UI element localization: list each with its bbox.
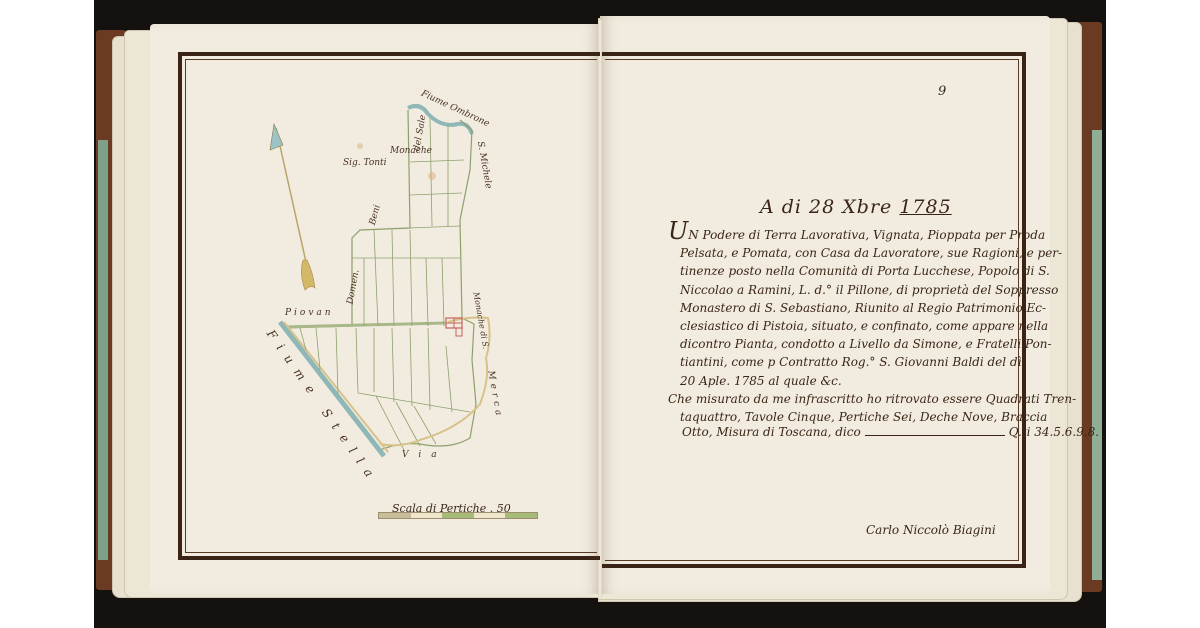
surveyor-signature: Carlo Niccolò Biagini xyxy=(866,523,996,537)
text-line: Che misurato da me infrascritto ho ritro… xyxy=(668,390,1028,408)
text-line: dicontro Pianta, condotto a Livello da S… xyxy=(668,335,1028,353)
scale-bar xyxy=(378,512,538,519)
north-arrow-icon xyxy=(270,124,315,290)
map-label-via: Via xyxy=(402,450,447,460)
map-label-owner-monache: Monache xyxy=(390,146,432,156)
text-line: Pelsata, e Pomata, con Casa da Lavorator… xyxy=(668,244,1028,262)
property-description: UN Podere di Terra Lavorativa, Vignata, … xyxy=(668,222,1028,426)
text-line: UN Podere di Terra Lavorativa, Vignata, … xyxy=(668,222,1028,244)
text-line: Niccolao a Ramini, L. d.° il Pillone, di… xyxy=(668,281,1028,299)
endpaper-left xyxy=(98,140,108,560)
text-line: 20 Aple. 1785 al quale &c. xyxy=(668,372,1028,390)
text-line: clesiastico di Pistoia, situato, e confi… xyxy=(668,317,1028,335)
map-label-owner-tonti: Sig. Tonti xyxy=(343,158,387,168)
farmhouse-icon xyxy=(446,318,462,336)
total-value: Q.ti 34.5.6.9.8. xyxy=(1009,425,1099,439)
text-line: tiantini, come p Contratto Rog.° S. Giov… xyxy=(668,353,1028,371)
text-line: taquattro, Tavole Cinque, Pertiche Sei, … xyxy=(668,408,1028,426)
endpaper-right xyxy=(1092,130,1102,580)
entry-heading: A di 28 Xbre 1785 xyxy=(760,196,952,218)
text-line: tinenze posto nella Comunità di Porta Lu… xyxy=(668,262,1028,280)
page-number: 9 xyxy=(938,84,946,99)
measurement-total: Otto, Misura di Toscana, dicoQ.ti 34.5.6… xyxy=(682,425,1099,439)
map-label-piovan: Piovan xyxy=(285,308,334,318)
text-line: Monastero di S. Sebastiano, Riunito al R… xyxy=(668,299,1028,317)
